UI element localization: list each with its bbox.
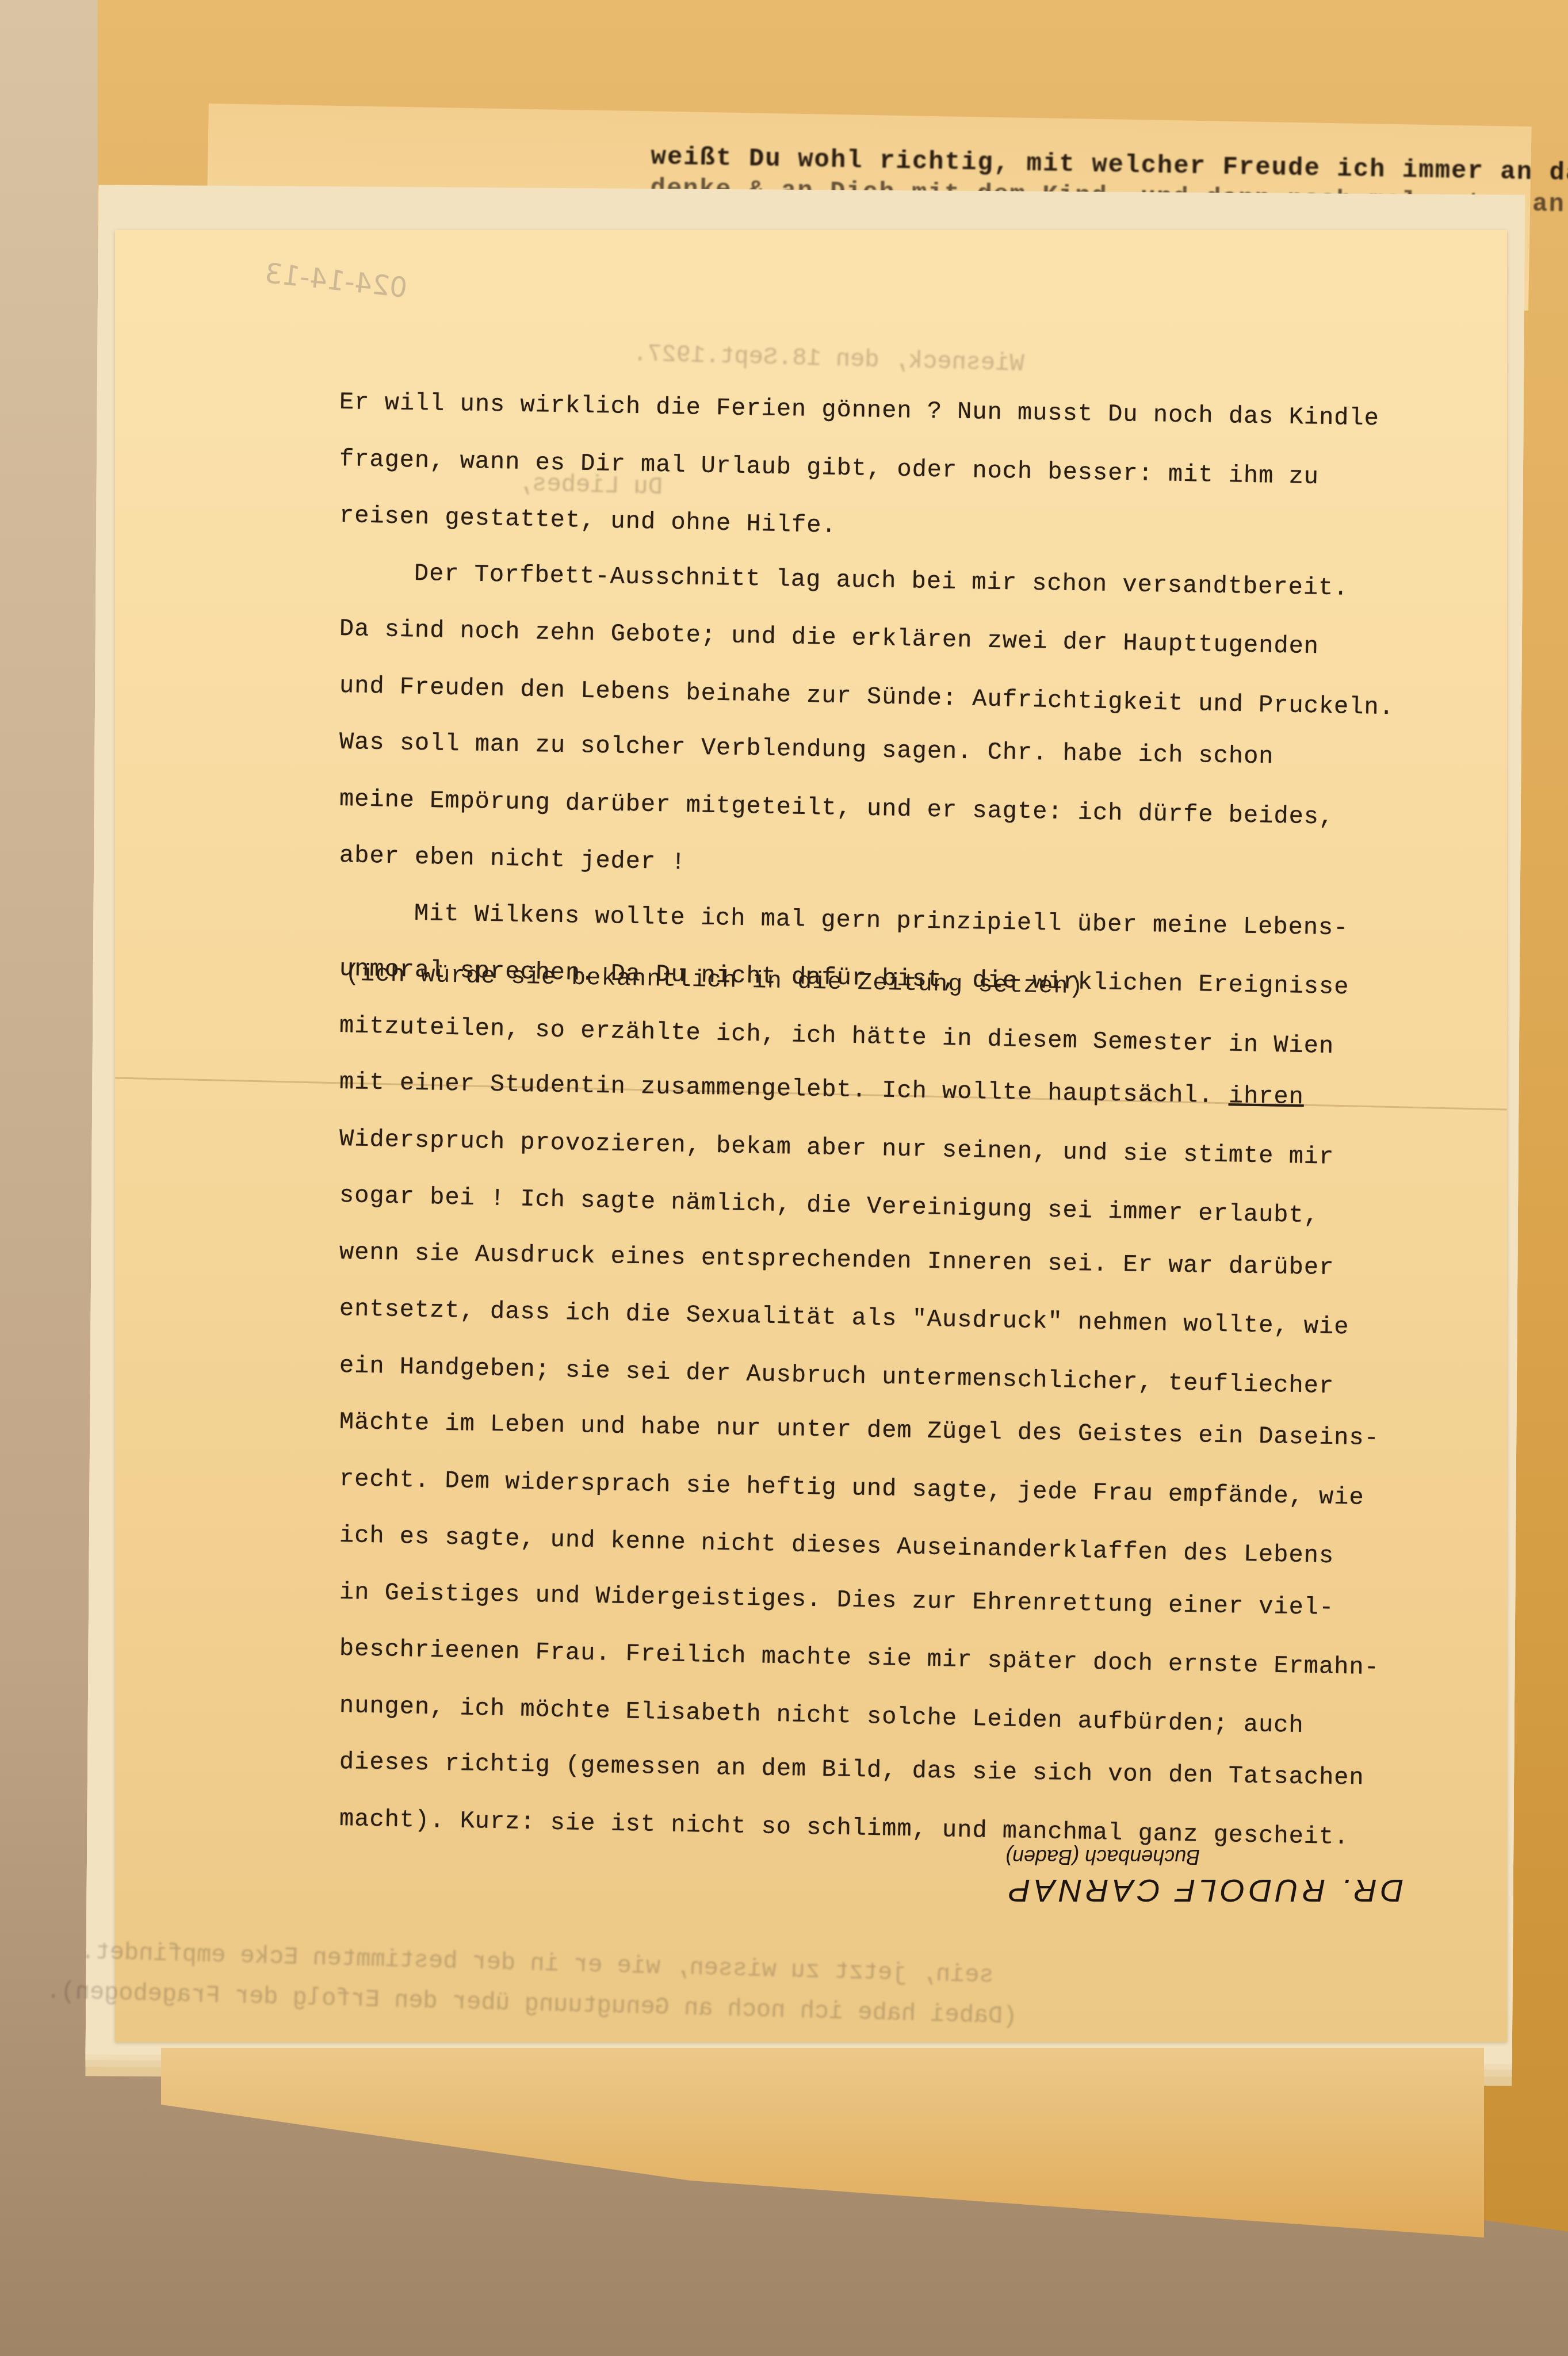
letter-page: 024-14-13 Wiesneck, den 18.Sept.1927. Du… — [115, 230, 1507, 2042]
letterhead-place: Buchenbach (Baden) — [1005, 1845, 1403, 1869]
archive-mark: 024-14-13 — [263, 257, 409, 304]
bleed-through-heading: Wiesneck, den 18.Sept.1927. — [632, 340, 1024, 378]
letterhead: DR. RUDOLF CARNAP Buchenbach (Baden) — [1005, 1845, 1403, 1910]
under-sheet — [161, 2048, 1484, 2238]
letterhead-name: DR. RUDOLF CARNAP — [1005, 1872, 1403, 1910]
letter-body: Er will uns wirklich die Ferien gönnen ?… — [339, 374, 1461, 1847]
underlined-word: ihren — [1228, 1082, 1304, 1111]
